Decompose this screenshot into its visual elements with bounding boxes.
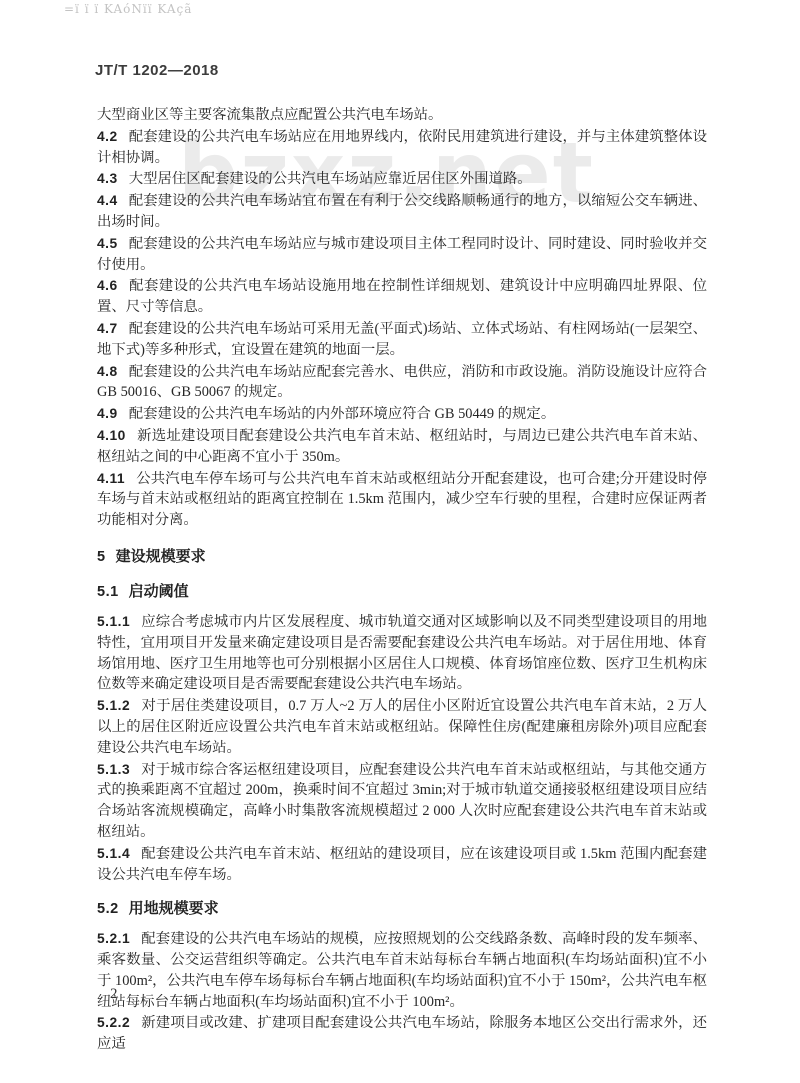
clause-text: 配套建设公共汽电车首末站、枢纽站的建设项目，应在该建设项目或 1.5km 范围内… bbox=[97, 846, 707, 883]
clause-number: 4.7 bbox=[97, 321, 118, 336]
clause-text: 大型商业区等主要客流集散点应配置公共汽电车场站。 bbox=[97, 107, 442, 123]
clause-paragraph: 4.5配套建设的公共汽电车场站应与城市建设项目主体工程同时设计、同时建设、同时验… bbox=[97, 234, 707, 276]
clause-paragraph: 4.9配套建设的公共汽电车场站的内外部环境应符合 GB 50449 的规定。 bbox=[97, 404, 707, 425]
clause-paragraph: 5.2.1配套建设的公共汽电车场站的规模，应按照规划的公交线路条数、高峰时段的发… bbox=[97, 929, 707, 1012]
clause-number: 5.1.3 bbox=[97, 762, 130, 777]
clause-number: 5.1.1 bbox=[97, 614, 130, 629]
standard-number-header: JT/T 1202—2018 bbox=[95, 62, 219, 79]
clause-text: 配套建设的公共汽电车场站的内外部环境应符合 GB 50449 的规定。 bbox=[129, 406, 556, 422]
clause-paragraph: 5.2.2新建项目或改建、扩建项目配套建设公共汽电车场站，除服务本地区公交出行需… bbox=[97, 1013, 707, 1055]
clause-text: 配套建设的公共汽电车场站应在用地界线内，依附民用建筑进行建设，并与主体建筑整体设… bbox=[97, 129, 707, 166]
clause-paragraph: 5.1.1应综合考虑城市内片区发展程度、城市轨道交通对区域影响以及不同类型建设项… bbox=[97, 612, 707, 695]
clause-number: 5 bbox=[97, 549, 106, 565]
page-number: 2 bbox=[110, 986, 118, 1003]
clause-number: 5.2.2 bbox=[97, 1015, 130, 1030]
clause-text: 新建项目或改建、扩建项目配套建设公共汽电车场站，除服务本地区公交出行需求外，还应… bbox=[97, 1015, 707, 1052]
clause-number: 5.1 bbox=[97, 584, 119, 600]
clause-number: 4.3 bbox=[97, 171, 118, 186]
document-page: =ï ï ï KAóNïï KAçã bzxz.net JT/T 1202—20… bbox=[0, 0, 800, 1083]
document-body: 大型商业区等主要客流集散点应配置公共汽电车场站。4.2配套建设的公共汽电车场站应… bbox=[97, 105, 707, 1055]
clause-paragraph: 4.8配套建设的公共汽电车场站应配套完善水、电供应，消防和市政设施。消防设施设计… bbox=[97, 362, 707, 404]
continuation-paragraph: 大型商业区等主要客流集散点应配置公共汽电车场站。 bbox=[97, 105, 707, 126]
subsection-heading: 5.2用地规模要求 bbox=[97, 898, 707, 920]
clause-number: 4.11 bbox=[97, 471, 125, 486]
clause-text: 启动阈值 bbox=[129, 583, 189, 600]
clause-text: 建设规模要求 bbox=[116, 548, 206, 565]
clause-text: 大型居住区配套建设的公共汽电车场站应靠近居住区外围道路。 bbox=[129, 171, 532, 187]
clause-paragraph: 5.1.4配套建设公共汽电车首末站、枢纽站的建设项目，应在该建设项目或 1.5k… bbox=[97, 844, 707, 886]
clause-paragraph: 4.3大型居住区配套建设的公共汽电车场站应靠近居住区外围道路。 bbox=[97, 169, 707, 190]
clause-text: 对于居住类建设项目，0.7 万人~2 万人的居住小区附近宜设置公共汽电车首末站，… bbox=[97, 698, 707, 756]
clause-number: 4.2 bbox=[97, 129, 118, 144]
clause-number: 4.5 bbox=[97, 236, 118, 251]
clause-text: 配套建设的公共汽电车场站设施用地在控制性详细规划、建筑设计中应明确四址界限、位置… bbox=[97, 278, 707, 315]
clause-paragraph: 5.1.3对于城市综合客运枢纽建设项目，应配套建设公共汽电车首末站或枢纽站，与其… bbox=[97, 760, 707, 843]
subsection-heading: 5.1启动阈值 bbox=[97, 581, 707, 603]
clause-number: 5.2.1 bbox=[97, 931, 130, 946]
section-heading: 5建设规模要求 bbox=[97, 546, 707, 568]
clause-number: 4.4 bbox=[97, 193, 118, 208]
clause-number: 4.8 bbox=[97, 364, 118, 379]
clause-text: 配套建设的公共汽电车场站可采用无盖(平面式)场站、立体式场站、有柱网场站(一层架… bbox=[97, 321, 707, 358]
clause-text: 配套建设的公共汽电车场站的规模，应按照规划的公交线路条数、高峰时段的发车频率、乘… bbox=[97, 931, 707, 1009]
clause-number: 4.9 bbox=[97, 406, 118, 421]
clause-text: 公共汽电车停车场可与公共汽电车首末站或枢纽站分开配套建设，也可合建;分开建设时停… bbox=[97, 471, 707, 529]
clause-paragraph: 5.1.2对于居住类建设项目，0.7 万人~2 万人的居住小区附近宜设置公共汽电… bbox=[97, 696, 707, 758]
clause-number: 4.10 bbox=[97, 428, 126, 443]
clause-paragraph: 4.11公共汽电车停车场可与公共汽电车首末站或枢纽站分开配套建设，也可合建;分开… bbox=[97, 469, 707, 531]
clause-text: 对于城市综合客运枢纽建设项目，应配套建设公共汽电车首末站或枢纽站，与其他交通方式… bbox=[97, 762, 707, 840]
clause-paragraph: 4.2配套建设的公共汽电车场站应在用地界线内，依附民用建筑进行建设，并与主体建筑… bbox=[97, 127, 707, 169]
clause-text: 配套建设的公共汽电车场站宜布置在有利于公交线路顺畅通行的地方，以缩短公交车辆进、… bbox=[97, 193, 707, 230]
clause-number: 5.1.4 bbox=[97, 846, 130, 861]
clause-text: 应综合考虑城市内片区发展程度、城市轨道交通对区域影响以及不同类型建设项目的用地特… bbox=[97, 614, 707, 692]
clause-paragraph: 4.7配套建设的公共汽电车场站可采用无盖(平面式)场站、立体式场站、有柱网场站(… bbox=[97, 319, 707, 361]
clause-text: 新选址建设项目配套建设公共汽电车首末站、枢纽站时，与周边已建公共汽电车首末站、枢… bbox=[97, 428, 707, 465]
clause-text: 配套建设的公共汽电车场站应与城市建设项目主体工程同时设计、同时建设、同时验收并交… bbox=[97, 236, 707, 273]
clause-number: 5.1.2 bbox=[97, 698, 130, 713]
clause-number: 4.6 bbox=[97, 278, 118, 293]
scan-artifact-watermark: =ï ï ï KAóNïï KAçã bbox=[64, 2, 192, 16]
clause-paragraph: 4.10新选址建设项目配套建设公共汽电车首末站、枢纽站时，与周边已建公共汽电车首… bbox=[97, 426, 707, 468]
clause-number: 5.2 bbox=[97, 901, 119, 917]
clause-paragraph: 4.4配套建设的公共汽电车场站宜布置在有利于公交线路顺畅通行的地方，以缩短公交车… bbox=[97, 191, 707, 233]
clause-text: 配套建设的公共汽电车场站应配套完善水、电供应，消防和市政设施。消防设施设计应符合… bbox=[97, 364, 707, 401]
clause-text: 用地规模要求 bbox=[129, 900, 219, 917]
clause-paragraph: 4.6配套建设的公共汽电车场站设施用地在控制性详细规划、建筑设计中应明确四址界限… bbox=[97, 276, 707, 318]
